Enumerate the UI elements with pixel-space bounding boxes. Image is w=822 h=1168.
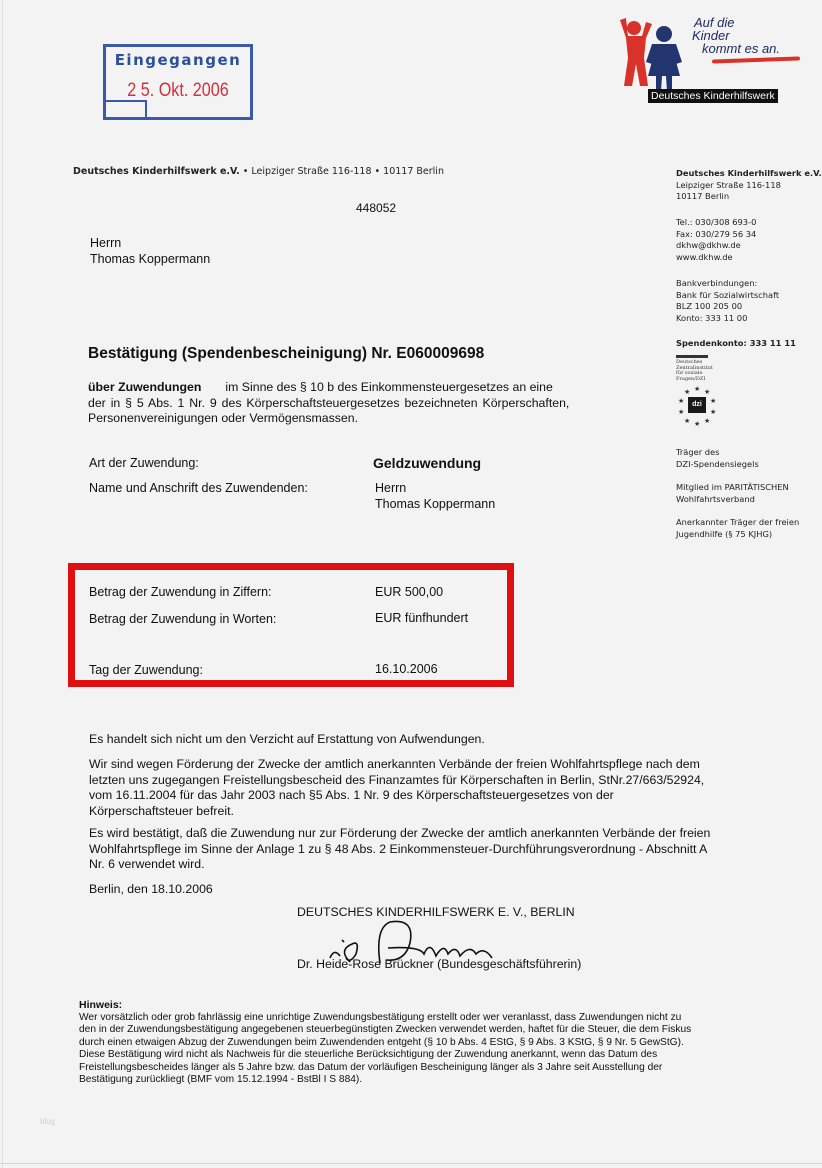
donation-date-label: Tag der Zuwendung:: [89, 663, 203, 677]
art-value: Geldzuwendung: [373, 455, 481, 471]
logo-org-name: Deutsches Kinderhilfswerk: [648, 89, 778, 103]
sidebar-bank: Bankverbindungen: Bank für Sozialwirtsch…: [676, 278, 779, 324]
intro-text: über Zuwendungenim Sinne des § 10 b des …: [88, 380, 648, 427]
children-figures-icon: [612, 14, 692, 94]
dzi-text: Deutsches Zentralinstitut für soziale Fr…: [676, 360, 736, 382]
signature-organization: DEUTSCHES KINDERHILFSWERK E. V., BERLIN: [297, 905, 575, 919]
web-link: www.dkhw.de: [676, 252, 756, 264]
stamp-inner-box: [103, 100, 147, 120]
dzi-seal-icon: dzi ★ ★ ★ ★ ★ ★ ★ ★ ★ ★: [676, 385, 718, 427]
sidebar-note-paritaet: Mitglied im PARITÄTISCHEN Wohlfahrtsverb…: [676, 482, 789, 505]
paragraph-confirmation: Es wird bestätigt, daß die Zuwendung nur…: [89, 826, 739, 873]
sidebar-spendenkonto: Spendenkonto: 333 11 11: [676, 338, 796, 350]
amount-digits-value: EUR 500,00: [375, 585, 443, 599]
sidebar-note-jugendhilfe: Anerkannter Träger der freien Jugendhilf…: [676, 517, 799, 540]
reference-number: 448052: [356, 201, 396, 215]
dzi-badge: Deutsches Zentralinstitut für soziale Fr…: [676, 355, 736, 435]
received-stamp: Eingegangen 2 5. Okt. 2006: [103, 44, 253, 120]
recipient-address: Herrn Thomas Koppermann: [90, 235, 210, 267]
amount-digits-label: Betrag der Zuwendung in Ziffern:: [89, 585, 272, 599]
sidebar-note-dzi: Träger des DZI-Spendensiegels: [676, 447, 759, 470]
stamp-title: Eingegangen: [106, 51, 250, 69]
scan-edge-bottom: [0, 1163, 822, 1164]
scan-edge: [2, 0, 3, 1168]
notice-text: Wer vorsätzlich oder grob fahrlässig ein…: [79, 1012, 779, 1086]
watermark: blog: [40, 1117, 55, 1126]
donation-date-value: 16.10.2006: [375, 662, 438, 676]
place-date: Berlin, den 18.10.2006: [89, 882, 689, 898]
sidebar-address: Deutsches Kinderhilfswerk e.V. Leipziger…: [676, 168, 822, 203]
dkhw-logo: Auf die Kinder kommt es an. Deutsches Ki…: [612, 14, 802, 106]
amount-words-value: EUR fünfhundert: [375, 611, 468, 625]
art-label: Art der Zuwendung:: [89, 456, 199, 470]
donor-label: Name und Anschrift des Zuwendenden:: [89, 481, 308, 495]
paragraph-exemption: Wir sind wegen Förderung der Zwecke der …: [89, 757, 729, 819]
sidebar-contact: Tel.: 030/308 693-0 Fax: 030/279 56 34 d…: [676, 217, 756, 263]
notice-heading: Hinweis:: [79, 999, 122, 1011]
email-link: dkhw@dkhw.de: [676, 240, 756, 252]
logo-red-stroke: [712, 56, 800, 63]
document-title: Bestätigung (Spendenbescheinigung) Nr. E…: [88, 345, 484, 363]
sender-line: Deutsches Kinderhilfswerk e.V. • Leipzig…: [73, 166, 444, 177]
paragraph-no-waiver: Es handelt sich nicht um den Verzicht au…: [89, 732, 689, 748]
donor-value: Herrn Thomas Koppermann: [375, 481, 495, 512]
logo-slogan: Auf die Kinder kommt es an.: [694, 16, 780, 55]
amount-words-label: Betrag der Zuwendung in Worten:: [89, 612, 276, 626]
stamp-date: 2 5. Okt. 2006: [117, 80, 239, 102]
signatory-name: Dr. Heide-Rose Brückner (Bundesgeschäfts…: [297, 957, 581, 971]
